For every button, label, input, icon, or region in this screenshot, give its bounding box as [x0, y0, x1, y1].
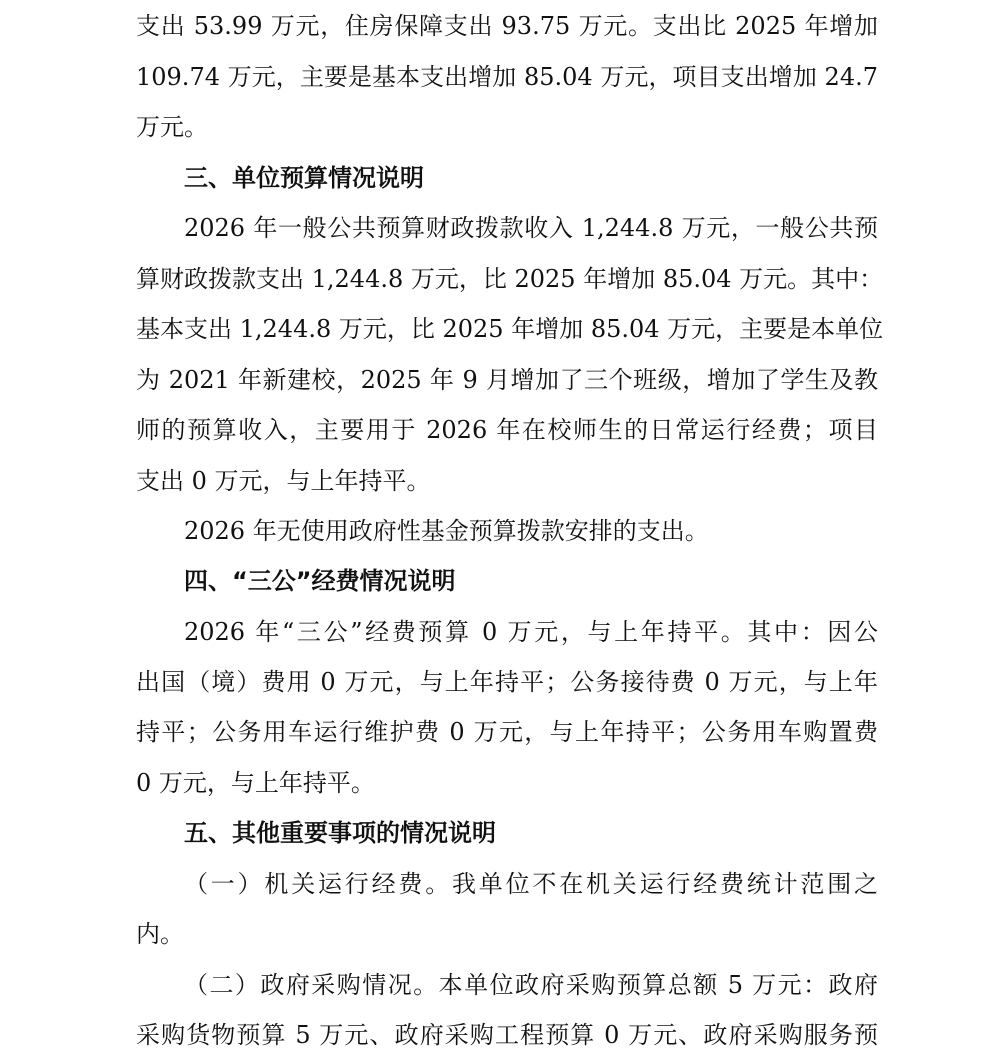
paragraph-line: 师的预算收入，主要用于 2026 年在校师生的日常运行经费；项目: [136, 405, 878, 455]
section-heading-5: 五、其他重要事项的情况说明: [184, 808, 878, 858]
paragraph-line: 支出 53.99 万元，住房保障支出 93.75 万元。支出比 2025 年增加: [136, 1, 878, 51]
section-heading-3: 三、单位预算情况说明: [184, 153, 878, 203]
paragraph-line: 基本支出 1,244.8 万元，比 2025 年增加 85.04 万元，主要是本…: [136, 304, 878, 354]
paragraph-line: 支出 0 万元，与上年持平。: [136, 456, 878, 506]
paragraph-line: 109.74 万元，主要是基本支出增加 85.04 万元，项目支出增加 24.7: [136, 52, 878, 102]
paragraph-line: 2026 年无使用政府性基金预算拨款安排的支出。: [184, 506, 878, 556]
paragraph-line: 万元。: [136, 102, 878, 152]
paragraph-line: 出国（境）费用 0 万元，与上年持平；公务接待费 0 万元，与上年: [136, 657, 878, 707]
paragraph-line: 0 万元，与上年持平。: [136, 758, 878, 808]
paragraph-line: 为 2021 年新建校，2025 年 9 月增加了三个班级，增加了学生及教: [136, 355, 878, 405]
paragraph-line: 算财政拨款支出 1,244.8 万元，比 2025 年增加 85.04 万元。其…: [136, 254, 878, 304]
paragraph-line: （一）机关运行经费。我单位不在机关运行经费统计范围之: [184, 859, 878, 909]
paragraph-line: 2026 年“三公”经费预算 0 万元，与上年持平。其中：因公: [184, 607, 878, 657]
paragraph-line: 持平；公务用车运行维护费 0 万元，与上年持平；公务用车购置费: [136, 707, 878, 757]
paragraph-line: 采购货物预算 5 万元、政府采购工程预算 0 万元、政府采购服务预: [136, 1010, 878, 1059]
section-heading-4: 四、“三公”经费情况说明: [184, 556, 878, 606]
paragraph-line: 内。: [136, 909, 878, 959]
paragraph-line: 2026 年一般公共预算财政拨款收入 1,244.8 万元，一般公共预: [184, 203, 878, 253]
paragraph-line: （二）政府采购情况。本单位政府采购预算总额 5 万元：政府: [184, 960, 878, 1010]
